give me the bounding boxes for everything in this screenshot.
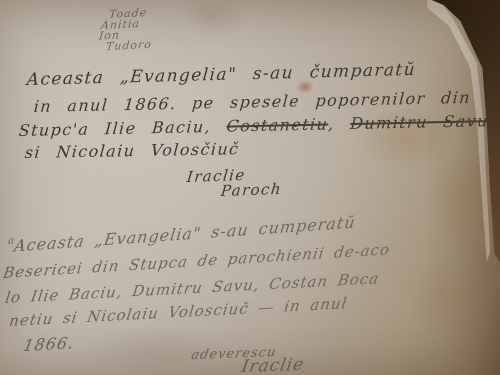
- ink-text: ,: [328, 114, 352, 133]
- ink-line: si Nicolaiu Volosčiuč: [24, 139, 240, 162]
- year-line: 1866.: [22, 333, 76, 355]
- priest-signature-name: Iraclie: [240, 355, 306, 375]
- ink-text: Stupc'a Ilie Baciu,: [18, 117, 227, 140]
- manuscript-photo: Toade Anitia Ion Tudoro Aceasta „Evangel…: [0, 0, 500, 375]
- ink-line: in anul 1866. pe spesele poporenilor din: [33, 88, 472, 116]
- stain: [178, 0, 248, 38]
- stain: [400, 255, 480, 335]
- ink-line: Aceasta „Evangelia" s-au čumparatŭ: [26, 60, 417, 90]
- priest-signature-title: Paroch: [220, 180, 283, 200]
- ink-line: Stupc'a Ilie Baciu, Costanetiu, Dumitru …: [18, 111, 490, 140]
- struck-name: Dumitru Savu: [349, 111, 489, 133]
- struck-name: Costanetiu: [226, 114, 329, 135]
- pencil-line: Tudoro: [105, 38, 152, 53]
